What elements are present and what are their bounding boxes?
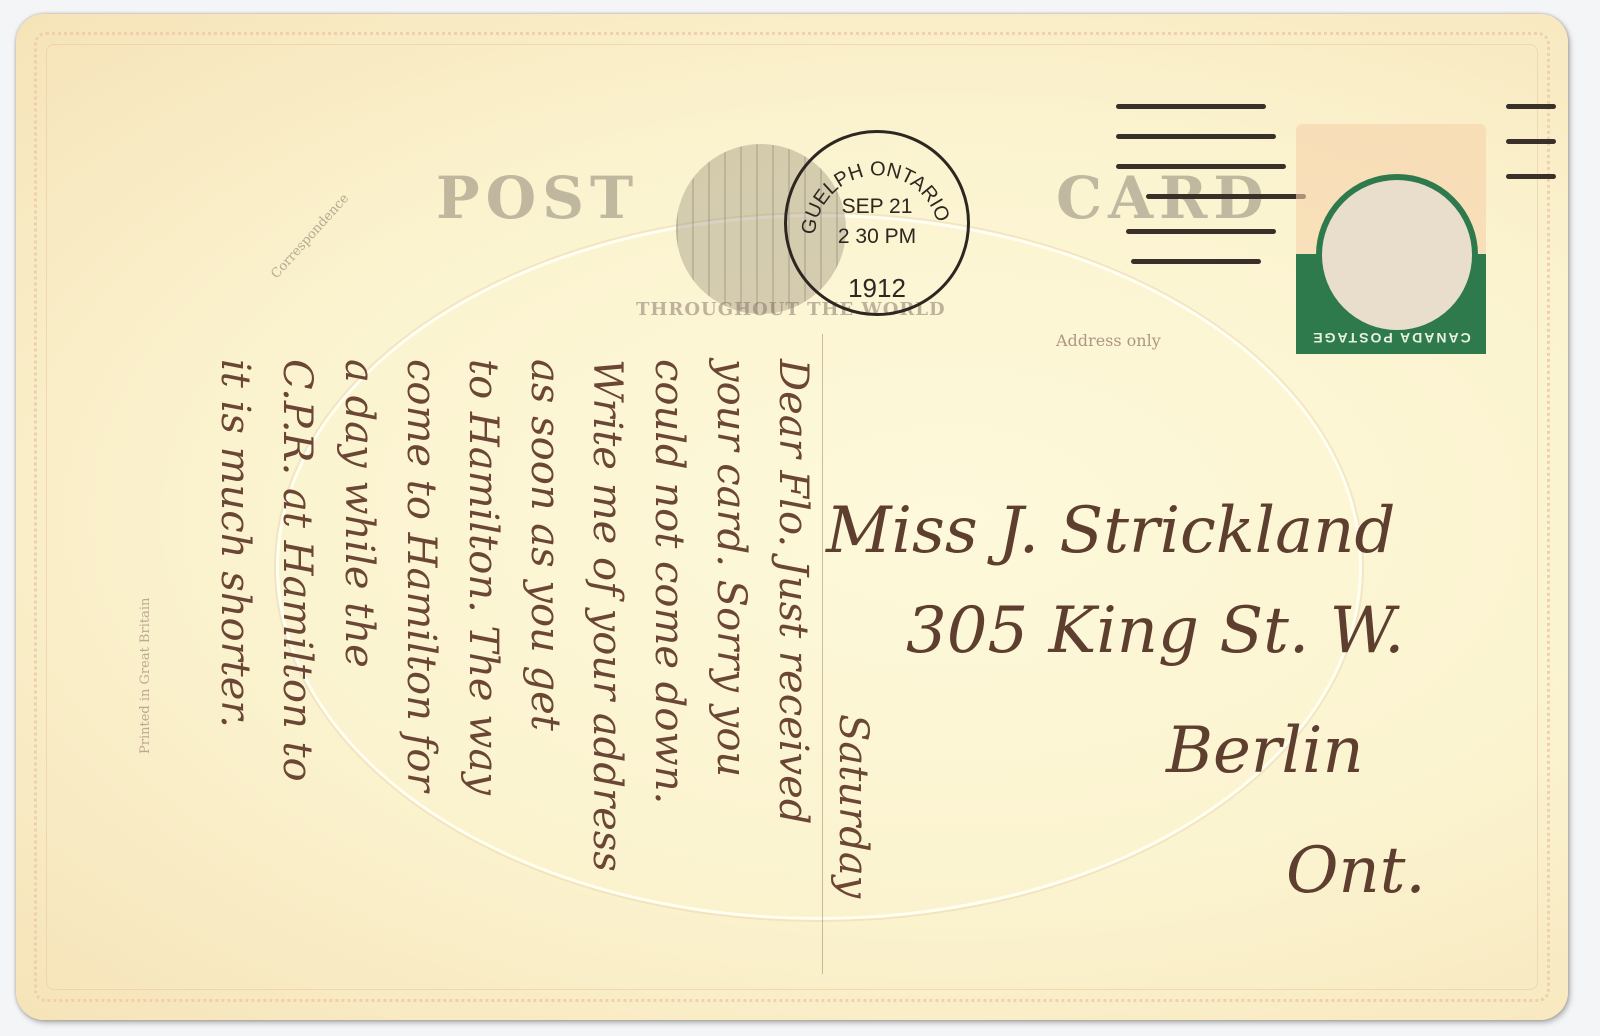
cancel-line	[1116, 164, 1286, 169]
message-line: Write me of your address	[584, 359, 630, 872]
side-text-printed: Printed in Great Britain	[138, 598, 153, 754]
cancel-line	[1126, 229, 1276, 234]
message-line: C.P.R. at Hamilton to	[274, 359, 320, 782]
center-divider	[822, 334, 823, 974]
message-line: as soon as you get	[522, 359, 568, 731]
printed-heading-post: POST	[436, 164, 639, 232]
address-line-2: 305 King St. W.	[906, 594, 1405, 668]
message-line: a day while the	[336, 359, 382, 668]
cancel-line	[1506, 174, 1556, 179]
stamp-country: CANADA POSTAGE	[1296, 330, 1486, 346]
address-only-label: Address only	[1056, 331, 1161, 350]
message-line: your card. Sorry you	[708, 359, 754, 777]
cancel-line	[1116, 134, 1276, 139]
postmark-town: GUELPH ONTARIO	[787, 133, 967, 313]
postmark: SEP 21 2 30 PM 1912 GUELPH ONTARIO	[784, 130, 970, 316]
address-line-1: Miss J. Strickland	[826, 494, 1395, 568]
stamp-design: CANADA POSTAGE	[1296, 254, 1486, 354]
stamp-portrait	[1316, 174, 1478, 336]
cancel-line	[1146, 194, 1306, 199]
message-line: Dear Flo. Just received	[770, 359, 816, 824]
address-line-3: Berlin	[1166, 714, 1364, 788]
postage-stamp: CANADA POSTAGE	[1296, 124, 1486, 354]
message-day: Saturday	[830, 714, 876, 898]
message-line: come to Hamilton for	[398, 359, 444, 792]
message-line: it is much shorter.	[212, 359, 258, 728]
svg-text:GUELPH ONTARIO: GUELPH ONTARIO	[798, 158, 954, 236]
cancel-line	[1131, 259, 1261, 264]
cancel-line	[1506, 104, 1556, 109]
cancel-line	[1116, 104, 1266, 109]
postcard: POST CARD THROUGHOUT THE WORLD Correspon…	[16, 14, 1568, 1020]
message-line: could not come down.	[646, 359, 692, 804]
cancel-line	[1506, 139, 1556, 144]
message-line: to Hamilton. The way	[460, 359, 506, 795]
address-line-4: Ont.	[1286, 834, 1426, 908]
